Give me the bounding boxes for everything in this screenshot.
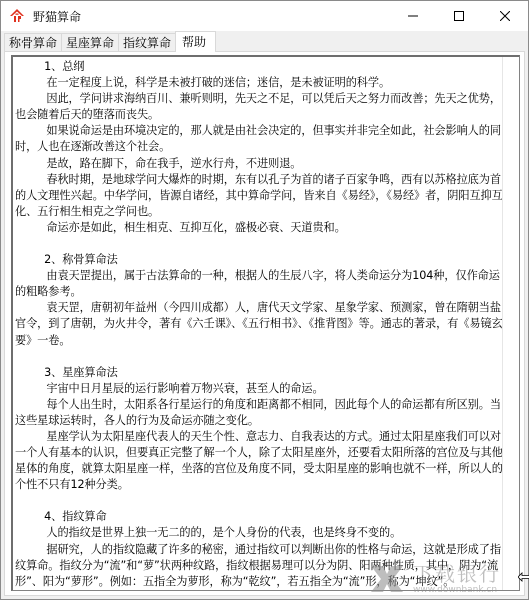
body-paragraph: 每个人出生时，太阳系各行星运行的角度和距离都不相同，因此每个人的命运都有所区别。… [15, 397, 503, 429]
tab-bone-weight-fortune[interactable]: 称骨算命 [4, 33, 62, 52]
tab-strip: 称骨算命 星座算命 指纹算命 帮助 [4, 31, 215, 52]
body-paragraph: 宇宙中日月星辰的运行影响着万物兴衰，甚至人的命运。 [15, 381, 503, 397]
window-title: 野猫算命 [33, 8, 81, 25]
resize-cursor-icon [518, 572, 529, 582]
help-text-area[interactable]: 1、总纲在一定程度上说，科学是未被打破的迷信；迷信，是未被证明的科学。因此，学问… [11, 55, 520, 591]
section-heading: 1、总纲 [15, 59, 503, 75]
blank-line [15, 236, 503, 252]
help-content: 1、总纲在一定程度上说，科学是未被打破的迷信；迷信，是未被证明的科学。因此，学问… [15, 59, 503, 590]
app-window: 野猫算命 称骨算命 星座算命 指纹算命 帮助 1、总纲在一定程度上说，科学是未被… [0, 0, 529, 600]
app-logo-icon [9, 8, 25, 24]
body-paragraph: 人的指纹是世界上独一无二的的，是个人身份的代表，也是终身不变的。 [15, 525, 503, 541]
title-bar[interactable]: 野猫算命 [1, 1, 528, 31]
body-paragraph: 命运亦是如此，相生相克、互抑互化，盛极必衰、天道贵和。 [15, 220, 503, 236]
section-heading: 4、指纹算命 [15, 509, 503, 525]
body-paragraph: 在一定程度上说，科学是未被打破的迷信；迷信，是未被证明的科学。 [15, 75, 503, 91]
body-paragraph: 春秋时期，是地球学问大爆炸的时期，东有以孔子为首的诸子百家争鸣，西有以苏格拉底为… [15, 172, 503, 220]
close-icon [500, 11, 510, 21]
blank-line [15, 493, 503, 509]
body-paragraph: 因此，学问讲求海纳百川、兼听则明，先天之不足，可以凭后天之努力而改善；先天之优势… [15, 91, 503, 123]
blank-line [15, 349, 503, 365]
section-heading: 2、称骨算命法 [15, 252, 503, 268]
maximize-button[interactable] [436, 1, 482, 31]
body-paragraph: 袁天罡，唐朝初年益州（今四川成都）人，唐代天文学家、星象学家、预测家，曾在隋朝当… [15, 300, 503, 348]
vertical-scrollbar[interactable] [502, 57, 519, 590]
help-tab-panel: 1、总纲在一定程度上说，科学是未被打破的迷信；迷信，是未被证明的科学。因此，学问… [4, 51, 525, 596]
section-heading: 3、星座算命法 [15, 365, 503, 381]
tab-fingerprint-fortune[interactable]: 指纹算命 [118, 33, 176, 52]
body-paragraph: 由袁天罡提出，属于古法算命的一种，根据人的生辰八字，将人类命运分为104种，仅作… [15, 268, 503, 300]
tab-help[interactable]: 帮助 [175, 31, 216, 52]
minimize-button[interactable] [390, 1, 436, 31]
body-paragraph: 星座学认为太阳星座代表人的天生个性、意志力、自我表达的方式。通过太阳星座我们可以… [15, 429, 503, 493]
window-controls [390, 1, 528, 31]
tab-zodiac-fortune[interactable]: 星座算命 [61, 33, 119, 52]
close-button[interactable] [482, 1, 528, 31]
body-paragraph: 是故，路在脚下，命在我手，逆水行舟，不进则退。 [15, 156, 503, 172]
maximize-icon [454, 11, 464, 21]
body-paragraph: 如果说命运是由环境决定的，那人就是由社会决定的，但事实并非完全如此，社会影响人的… [15, 123, 503, 155]
minimize-icon [408, 11, 418, 21]
body-paragraph: 据研究，人的指纹隐藏了许多的秘密，通过指纹可以判断出你的性格与命运，这就是形成了… [15, 542, 503, 590]
